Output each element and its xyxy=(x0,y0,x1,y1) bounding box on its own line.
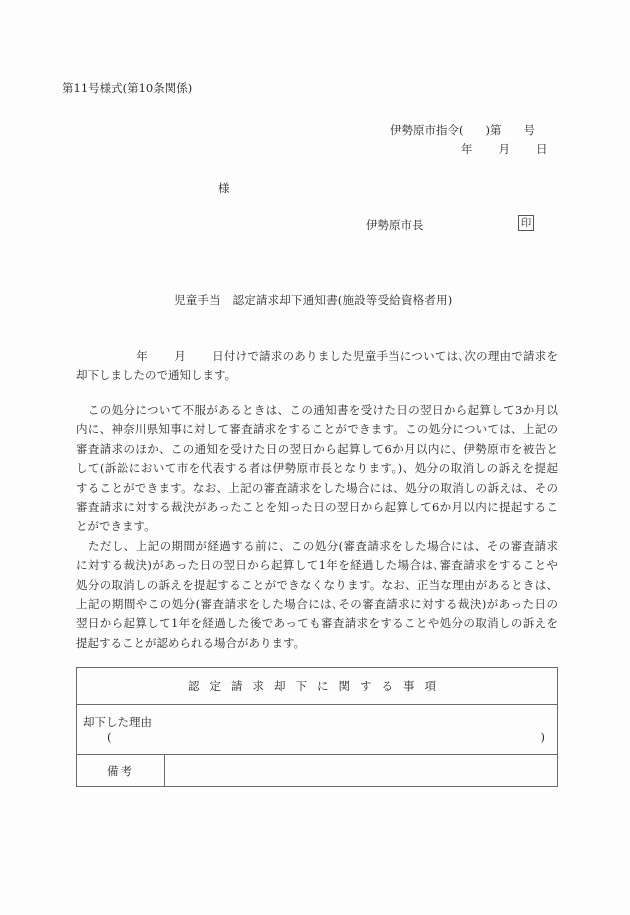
notice-line: 上記の期間やこの処分(審査請求をした場合には､その審査請求に対する裁決)があった… xyxy=(76,595,558,614)
notice-line: ただし、上記の期間が経過する前に、この処分(審査請求をした場合には、その審査請求 xyxy=(76,537,558,556)
intro-text: 日付けで請求のありました児童手当については､次の理由で請求を xyxy=(212,349,558,363)
issuer-name: 伊勢原市長 xyxy=(366,217,424,233)
notice-line: して(訴訟において市を代表する者は伊勢原市長となります。)、処分の取消しの訴えを… xyxy=(76,459,558,478)
notice-line: することができます。なお、上記の審査請求をした場合には、処分の取消しの訴えは、そ… xyxy=(76,479,558,498)
remarks-label: 備考 xyxy=(77,755,165,787)
form-number: 第11号様式(第10条関係) xyxy=(62,80,192,96)
document-title: 児童手当 認定請求却下通知書(施設等受給資格者用) xyxy=(174,292,452,308)
intro-month: 月 xyxy=(174,349,186,363)
notice-line: 審査請求のほか、この通知を受けた日の翌日から起算して6か月以内に、伊勢原市を被告… xyxy=(76,440,558,459)
reference-suffix: 号 xyxy=(524,122,536,138)
reference-middle: )第 xyxy=(486,122,502,138)
remarks-field[interactable] xyxy=(165,755,558,787)
reference-number: 伊勢原市指令()第号 xyxy=(390,122,535,138)
rejection-reason-field[interactable]: 却下した理由 ( ) xyxy=(77,705,558,755)
notice-line: 審査請求に対する裁決があったことを知った日の翌日から起算して6か月以内に提起する… xyxy=(76,498,558,517)
appeal-notice: この処分について不服があるときは、この通知書を受けた日の翌日から起算して3か月以… xyxy=(76,401,558,653)
date-year: 年 xyxy=(461,141,473,157)
rejection-details-table: 認定請求却下に関する事項 却下した理由 ( ) 備考 xyxy=(76,667,558,787)
intro-paragraph: 年月日付けで請求のありました児童手当については､次の理由で請求を 却下しましたの… xyxy=(76,347,558,386)
notice-line: 処分の取消しの訴えを提起することができなくなります。なお、正当な理由があるときは… xyxy=(76,576,558,595)
open-paren: ( xyxy=(107,730,112,744)
seal-mark: 印 xyxy=(518,215,534,231)
addressee-honorific: 様 xyxy=(218,180,230,196)
reference-prefix: 伊勢原市指令( xyxy=(390,122,464,138)
intro-year: 年 xyxy=(136,349,148,363)
rejection-reason-label: 却下した理由 xyxy=(83,714,152,730)
notice-line: とができます。 xyxy=(76,517,558,536)
date-month: 月 xyxy=(499,141,511,157)
issue-date: 年月日 xyxy=(461,141,548,157)
intro-line-2: 却下しましたので通知します。 xyxy=(76,366,558,385)
notice-line: 翌日から起算して1年を経過した後であっても審査請求をすることや処分の取消しの訴え… xyxy=(76,614,558,633)
date-day: 日 xyxy=(536,141,548,157)
notice-line: に対する裁決)があった日の翌日から起算して1年を経過した場合は､審査請求をするこ… xyxy=(76,556,558,575)
notice-line: 提起することが認められる場合があります。 xyxy=(76,634,558,653)
notice-line: この処分について不服があるときは、この通知書を受けた日の翌日から起算して3か月以 xyxy=(76,401,558,420)
close-paren: ) xyxy=(541,730,546,744)
intro-line-1: 年月日付けで請求のありました児童手当については､次の理由で請求を xyxy=(76,347,558,366)
notice-line: 内に、神奈川県知事に対して審査請求をすることができます。この処分については、上記… xyxy=(76,420,558,439)
table-header: 認定請求却下に関する事項 xyxy=(77,668,558,705)
